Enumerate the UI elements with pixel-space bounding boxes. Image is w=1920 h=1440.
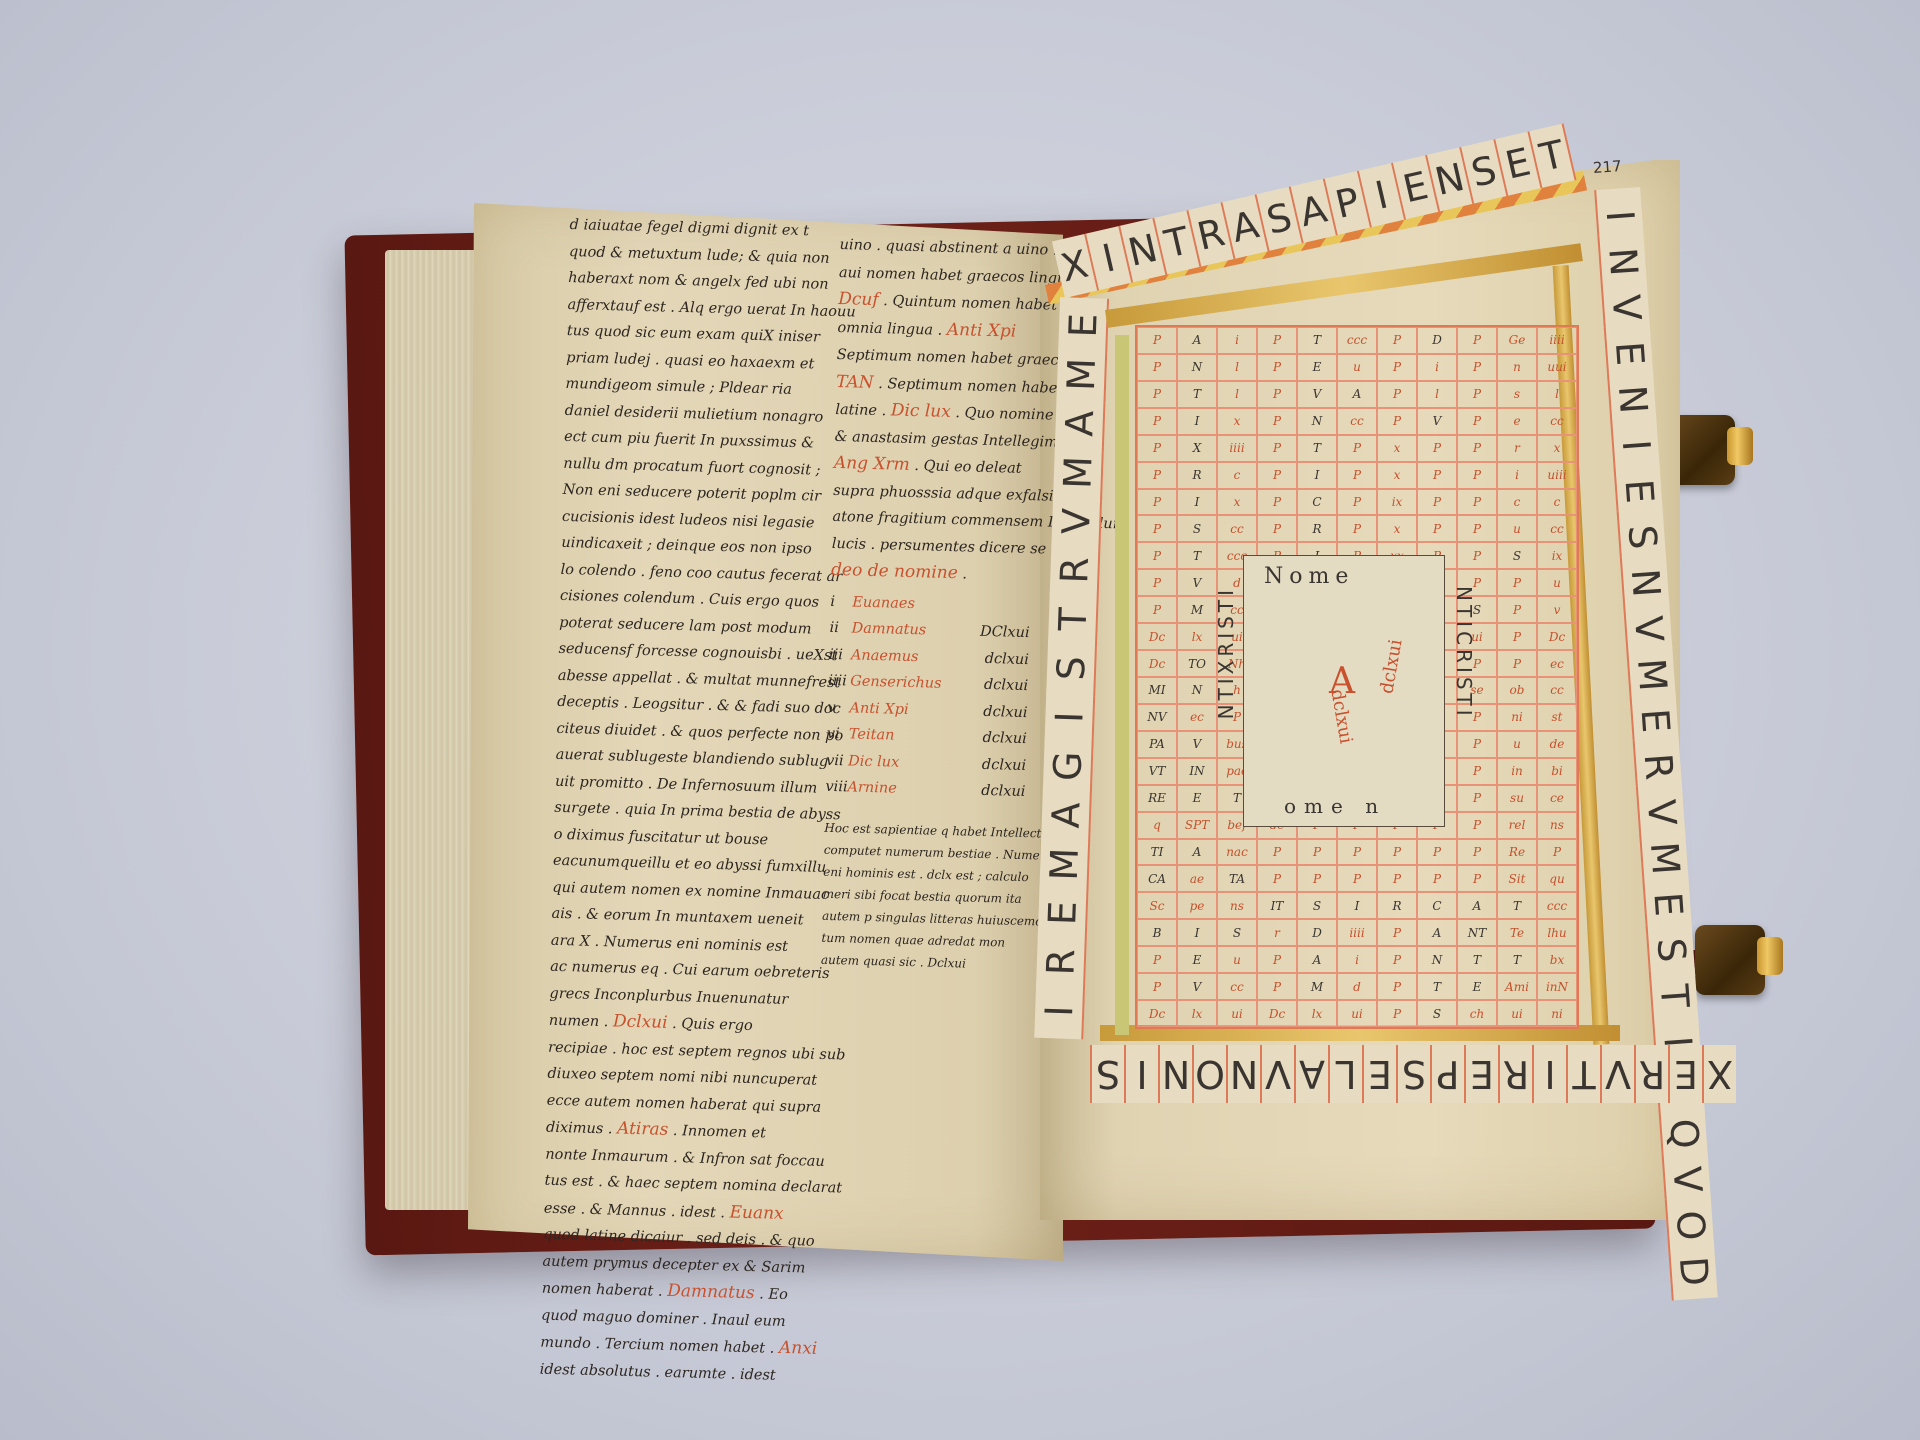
grid-cell: P: [1337, 489, 1377, 516]
grid-cell: q: [1137, 812, 1177, 839]
center-word-top: Nome: [1264, 564, 1354, 589]
border-letter: M: [1053, 444, 1104, 501]
grid-cell: i: [1337, 946, 1377, 973]
grid-cell: P: [1137, 354, 1177, 381]
border-letter: S: [1090, 1045, 1124, 1103]
grid-cell: Dc: [1137, 1000, 1177, 1027]
border-letter: R: [1036, 934, 1087, 991]
column-b-upper-text: uino . quasi abstinent a uino . quartuma…: [831, 232, 1040, 590]
grid-cell: V: [1417, 408, 1457, 435]
border-letter: A: [1294, 1045, 1328, 1103]
grid-cell: I: [1177, 489, 1217, 516]
grid-cell: RE: [1137, 785, 1177, 812]
grid-cell: P: [1457, 542, 1497, 569]
grid-cell: i: [1497, 462, 1537, 489]
grid-cell: cc: [1537, 677, 1577, 704]
list-numeral: vi: [827, 721, 850, 748]
grid-cell: T: [1297, 327, 1337, 354]
grid-cell: cc: [1217, 973, 1257, 1000]
list-numeral: v: [827, 694, 850, 721]
grid-cell: x: [1537, 435, 1577, 462]
border-letter: T: [1048, 591, 1099, 648]
border-letter: I: [1034, 983, 1085, 1040]
grid-cell: E: [1177, 785, 1217, 812]
grid-cell: P: [1137, 462, 1177, 489]
grid-cell: ni: [1497, 704, 1537, 731]
grid-cell: l: [1417, 381, 1457, 408]
grid-cell: u: [1217, 946, 1257, 973]
rubric-word: Dic lux: [891, 400, 951, 422]
grid-cell: S: [1217, 919, 1257, 946]
grid-cell: ccc: [1537, 892, 1577, 919]
grid-cell: P: [1137, 946, 1177, 973]
grid-cell: lx: [1177, 1000, 1217, 1027]
grid-cell: A: [1417, 919, 1457, 946]
grid-cell: P: [1457, 354, 1497, 381]
grid-cell: ec: [1537, 650, 1577, 677]
grid-cell: P: [1417, 865, 1457, 892]
left-page-column-a: d iaiuatae fegel digmi dignit ex tquod &…: [539, 212, 820, 1389]
list-value: dclxui: [982, 751, 1027, 779]
grid-cell: cc: [1537, 515, 1577, 542]
rubric-word: Dclxui: [613, 1011, 668, 1032]
grid-cell: Re: [1497, 839, 1537, 866]
list-numeral: ii: [829, 615, 852, 642]
list-numeral: vii: [826, 747, 849, 774]
grid-cell: P: [1137, 327, 1177, 354]
grid-cell: su: [1497, 785, 1537, 812]
grid-cell: u: [1337, 354, 1377, 381]
center-number-right: dclxui: [1376, 638, 1406, 696]
grid-cell: cc: [1337, 408, 1377, 435]
grid-cell: ns: [1537, 812, 1577, 839]
grid-cell: iiii: [1337, 919, 1377, 946]
grid-cell: E: [1297, 354, 1337, 381]
border-letter: V: [1260, 1045, 1294, 1103]
grid-cell: lx: [1177, 623, 1217, 650]
grid-cell: ccc: [1337, 327, 1377, 354]
grid-cell: Sc: [1137, 892, 1177, 919]
border-letter: D: [1668, 1242, 1718, 1300]
grid-cell: P: [1257, 354, 1297, 381]
grid-cell: NT: [1457, 919, 1497, 946]
grid-cell: P: [1457, 435, 1497, 462]
list-numeral: viii: [825, 774, 848, 801]
list-value: dclxui: [982, 725, 1027, 753]
grid-cell: P: [1137, 973, 1177, 1000]
grid-cell: P: [1457, 839, 1497, 866]
grid-cell: P: [1137, 408, 1177, 435]
grid-cell: i: [1217, 327, 1257, 354]
border-letter: P: [1430, 1045, 1464, 1103]
grid-cell: P: [1377, 973, 1417, 1000]
grid-cell: P: [1457, 515, 1497, 542]
grid-cell: MI: [1137, 677, 1177, 704]
grid-cell: V: [1177, 569, 1217, 596]
border-letter: N: [1158, 1045, 1192, 1103]
grid-cell: iiii: [1537, 327, 1577, 354]
grid-cell: IN: [1177, 758, 1217, 785]
grid-cell: P: [1137, 569, 1177, 596]
border-letter: X: [1702, 1045, 1736, 1103]
grid-cell: rel: [1497, 812, 1537, 839]
grid-cell: ch: [1457, 1000, 1497, 1027]
grid-cell: uiii: [1537, 462, 1577, 489]
grid-cell: P: [1417, 462, 1457, 489]
grid-cell: T: [1497, 946, 1537, 973]
grid-cell: P: [1377, 946, 1417, 973]
border-letter: E: [1668, 1045, 1702, 1103]
grid-cell: T: [1417, 973, 1457, 1000]
grid-cell: x: [1377, 435, 1417, 462]
grid-cell: TO: [1177, 650, 1217, 677]
grid-cell: c: [1497, 489, 1537, 516]
grid-cell: P: [1257, 515, 1297, 542]
list-value: dclxui: [981, 778, 1026, 806]
grid-cell: P: [1377, 408, 1417, 435]
border-letter: M: [1056, 346, 1107, 403]
list-name: Teitan: [848, 721, 982, 751]
grid-cell: ui: [1337, 1000, 1377, 1027]
grid-cell: P: [1257, 973, 1297, 1000]
grid-cell: i: [1417, 354, 1457, 381]
grid-cell: P: [1537, 839, 1577, 866]
grid-cell: iiii: [1217, 435, 1257, 462]
grid-cell: A: [1457, 892, 1497, 919]
grid-cell: E: [1177, 946, 1217, 973]
grid-cell: T: [1297, 435, 1337, 462]
grid-cell: P: [1497, 650, 1537, 677]
border-letter: E: [1038, 885, 1089, 942]
grid-cell: M: [1177, 596, 1217, 623]
border-letter: E: [1464, 1045, 1498, 1103]
border-letter: N: [1226, 1045, 1260, 1103]
grid-cell: V: [1297, 381, 1337, 408]
grid-cell: I: [1177, 919, 1217, 946]
grid-cell: P: [1297, 865, 1337, 892]
grid-cell: c: [1537, 489, 1577, 516]
grid-cell: bx: [1537, 946, 1577, 973]
grid-cell: P: [1417, 435, 1457, 462]
grid-cell: P: [1257, 327, 1297, 354]
center-panel: Nome A dclxui dclxui ome n NTIXRISTI NTI…: [1243, 555, 1445, 827]
border-letter: L: [1328, 1045, 1362, 1103]
border-letter: V: [1051, 493, 1102, 550]
grid-cell: P: [1337, 515, 1377, 542]
antichrist-name-list: iEuanaesiiDamnatusDClxuiiiiAnaemusdclxui…: [825, 588, 1030, 805]
grid-cell: P: [1257, 435, 1297, 462]
grid-cell: P: [1377, 327, 1417, 354]
grid-cell: C: [1297, 489, 1337, 516]
folio-number: 217: [1592, 157, 1622, 177]
grid-cell: TA: [1217, 865, 1257, 892]
grid-cell: P: [1137, 489, 1177, 516]
grid-cell: l: [1537, 381, 1577, 408]
grid-cell: VT: [1137, 758, 1177, 785]
border-letter: M: [1039, 836, 1090, 893]
grid-cell: Te: [1497, 919, 1537, 946]
border-letter: R: [1634, 1045, 1668, 1103]
grid-cell: Dc: [1537, 623, 1577, 650]
grid-cell: S: [1417, 1000, 1457, 1027]
grid-cell: P: [1137, 435, 1177, 462]
border-letter: R: [1050, 542, 1101, 599]
grid-cell: S: [1297, 892, 1337, 919]
grid-cell: P: [1257, 946, 1297, 973]
rubric-word: Ang Xrm: [834, 453, 910, 475]
grid-cell: d: [1337, 973, 1377, 1000]
grid-cell: T: [1177, 381, 1217, 408]
grid-cell: Ge: [1497, 327, 1537, 354]
grid-cell: P: [1337, 839, 1377, 866]
grid-cell: R: [1297, 515, 1337, 542]
grid-cell: NV: [1137, 704, 1177, 731]
grid-cell: P: [1497, 569, 1537, 596]
border-letter: S: [1046, 640, 1097, 697]
grid-cell: P: [1257, 489, 1297, 516]
grid-cell: P: [1337, 435, 1377, 462]
grid-cell: SPT: [1177, 812, 1217, 839]
grid-cell: P: [1497, 623, 1537, 650]
rubric-word: Anti Xpi: [947, 319, 1017, 341]
grid-cell: P: [1457, 785, 1497, 812]
grid-cell: R: [1377, 892, 1417, 919]
grid-cell: N: [1417, 946, 1457, 973]
list-name: Damnatus: [851, 615, 980, 645]
grid-cell: qu: [1537, 865, 1577, 892]
grid-cell: M: [1297, 973, 1337, 1000]
border-letter: S: [1396, 1045, 1430, 1103]
grid-cell: Ami: [1497, 973, 1537, 1000]
labyrinth-diagram: XINTRASAPIENSET INVENIESNVMERVMESTIEQVOD…: [1045, 175, 1655, 1095]
grid-cell: P: [1457, 327, 1497, 354]
grid-cell: P: [1417, 839, 1457, 866]
border-letter: A: [1055, 395, 1106, 452]
grid-cell: v: [1537, 596, 1577, 623]
grid-cell: P: [1377, 354, 1417, 381]
brass-clasp-lower-icon: [1695, 925, 1765, 995]
grid-cell: TI: [1137, 839, 1177, 866]
grid-cell: nac: [1217, 839, 1257, 866]
page-edges-stack: [385, 250, 475, 1210]
list-numeral: iii: [829, 641, 852, 668]
list-numeral: iiii: [828, 668, 851, 695]
grid-cell: ae: [1177, 865, 1217, 892]
grid-cell: bi: [1537, 758, 1577, 785]
grid-cell: D: [1417, 327, 1457, 354]
grid-cell: ni: [1537, 1000, 1577, 1027]
grid-cell: R: [1177, 462, 1217, 489]
grid-cell: cc: [1217, 515, 1257, 542]
grid-cell: X: [1177, 435, 1217, 462]
grid-cell: x: [1217, 489, 1257, 516]
list-value: dclxui: [984, 645, 1029, 673]
grid-cell: P: [1137, 596, 1177, 623]
grid-cell: cc: [1537, 408, 1577, 435]
grid-cell: P: [1417, 489, 1457, 516]
grid-cell: u: [1497, 515, 1537, 542]
grid-cell: S: [1177, 515, 1217, 542]
list-value: dclxui: [983, 698, 1028, 726]
grid-cell: ec: [1177, 704, 1217, 731]
grid-cell: ix: [1377, 489, 1417, 516]
grid-cell: x: [1377, 462, 1417, 489]
grid-cell: D: [1297, 919, 1337, 946]
grid-cell: A: [1177, 839, 1217, 866]
list-name: Dic lux: [848, 748, 982, 778]
name-list-row: viiiArninedclxui: [825, 774, 1026, 806]
border-letter: I: [1045, 689, 1096, 746]
border-letter: I: [1124, 1045, 1158, 1103]
grid-cell: ui: [1497, 1000, 1537, 1027]
border-letter: A: [1041, 787, 1092, 844]
grid-cell: ui: [1217, 1000, 1257, 1027]
grid-cell: I: [1297, 462, 1337, 489]
column-b-lower-text: Hoc est sapientiae q habet Intellectumco…: [821, 816, 1025, 975]
grid-cell: ob: [1497, 677, 1537, 704]
list-name: Anaemus: [851, 642, 985, 672]
border-inscription-bottom: SINONVALESPERITVREX: [1090, 1045, 1736, 1103]
list-numeral: i: [830, 588, 853, 615]
grid-cell: T: [1177, 542, 1217, 569]
list-value: dclxui: [984, 672, 1029, 700]
list-name: Arnine: [847, 774, 981, 804]
grid-cell: N: [1177, 677, 1217, 704]
grid-cell: A: [1337, 381, 1377, 408]
grid-cell: P: [1257, 865, 1297, 892]
grid-cell: P: [1257, 408, 1297, 435]
grid-cell: n: [1497, 354, 1537, 381]
grid-cell: r: [1257, 919, 1297, 946]
border-letter: V: [1600, 1045, 1634, 1103]
grid-cell: s: [1497, 381, 1537, 408]
grid-cell: de: [1537, 731, 1577, 758]
grid-cell: lx: [1297, 1000, 1337, 1027]
grid-cell: P: [1137, 381, 1177, 408]
border-letter: G: [1043, 738, 1094, 795]
grid-cell: lhu: [1537, 919, 1577, 946]
grid-cell: P: [1457, 462, 1497, 489]
left-page-column-b: uino . quasi abstinent a uino . quartuma…: [821, 232, 1040, 975]
grid-cell: u: [1537, 569, 1577, 596]
grid-cell: Dc: [1137, 650, 1177, 677]
rubric-word: Anxi: [779, 1338, 818, 1359]
grid-cell: e: [1497, 408, 1537, 435]
grid-cell: P: [1137, 515, 1177, 542]
grid-cell: ix: [1537, 542, 1577, 569]
grid-cell: x: [1217, 408, 1257, 435]
grid-cell: Dc: [1257, 1000, 1297, 1027]
grid-cell: V: [1177, 731, 1217, 758]
border-letter: O: [1192, 1045, 1226, 1103]
grid-cell: P: [1457, 489, 1497, 516]
rubric-word: deo de nomine: [831, 560, 958, 583]
grid-cell: I: [1177, 408, 1217, 435]
grid-cell: P: [1377, 839, 1417, 866]
green-band-left: [1115, 335, 1129, 1035]
list-value: DClxui: [980, 619, 1030, 647]
grid-cell: Sit: [1497, 865, 1537, 892]
rubric-word: TAN: [836, 371, 874, 392]
center-vertical-right: NTICRISTI: [1452, 586, 1476, 720]
grid-cell: P: [1377, 865, 1417, 892]
list-name: Genserichus: [850, 668, 984, 698]
grid-cell: ns: [1217, 892, 1257, 919]
grid-cell: E: [1457, 973, 1497, 1000]
grid-cell: A: [1177, 327, 1217, 354]
grid-cell: I: [1337, 892, 1377, 919]
grid-cell: P: [1257, 381, 1297, 408]
grid-cell: P: [1297, 839, 1337, 866]
grid-cell: P: [1497, 596, 1537, 623]
grid-cell: CA: [1137, 865, 1177, 892]
grid-cell: IT: [1257, 892, 1297, 919]
grid-cell: P: [1337, 462, 1377, 489]
border-letter: I: [1532, 1045, 1566, 1103]
grid-cell: c: [1217, 462, 1257, 489]
list-name: Anti Xpi: [849, 695, 983, 725]
border-letter: E: [1058, 297, 1109, 354]
grid-cell: T: [1497, 892, 1537, 919]
grid-cell: P: [1257, 462, 1297, 489]
rubric-word: Atiras: [617, 1119, 669, 1140]
grid-cell: P: [1457, 381, 1497, 408]
grid-cell: x: [1377, 515, 1417, 542]
grid-cell: P: [1377, 381, 1417, 408]
grid-cell: u: [1497, 731, 1537, 758]
border-letter: E: [1362, 1045, 1396, 1103]
grid-cell: P: [1377, 1000, 1417, 1027]
grid-cell: P: [1457, 758, 1497, 785]
grid-cell: V: [1177, 973, 1217, 1000]
center-word-bottom: ome n: [1284, 794, 1386, 818]
grid-cell: P: [1457, 731, 1497, 758]
photo-scene: d iaiuatae fegel digmi dignit ex tquod &…: [0, 0, 1920, 1440]
grid-cell: P: [1417, 515, 1457, 542]
grid-cell: P: [1457, 865, 1497, 892]
rubric-word: Euanx: [729, 1202, 784, 1223]
grid-cell: ce: [1537, 785, 1577, 812]
center-vertical-left: NTIXRISTI: [1214, 586, 1238, 719]
grid-cell: P: [1257, 839, 1297, 866]
grid-cell: in: [1497, 758, 1537, 785]
grid-cell: A: [1297, 946, 1337, 973]
grid-cell: N: [1177, 354, 1217, 381]
grid-cell: N: [1297, 408, 1337, 435]
grid-cell: P: [1137, 542, 1177, 569]
grid-cell: T: [1457, 946, 1497, 973]
grid-cell: Dc: [1137, 623, 1177, 650]
border-letter: R: [1498, 1045, 1532, 1103]
rubric-word: Damnatus: [667, 1281, 755, 1303]
grid-cell: uui: [1537, 354, 1577, 381]
manuscript-line: deo de nomine .: [831, 557, 1032, 590]
grid-cell: C: [1417, 892, 1457, 919]
grid-cell: pe: [1177, 892, 1217, 919]
grid-cell: P: [1457, 812, 1497, 839]
grid-cell: r: [1497, 435, 1537, 462]
grid-cell: st: [1537, 704, 1577, 731]
grid-cell: B: [1137, 919, 1177, 946]
grid-cell: l: [1217, 354, 1257, 381]
grid-cell: P: [1377, 919, 1417, 946]
grid-cell: PA: [1137, 731, 1177, 758]
grid-cell: l: [1217, 381, 1257, 408]
border-letter: T: [1566, 1045, 1600, 1103]
grid-cell: P: [1337, 865, 1377, 892]
grid-cell: S: [1497, 542, 1537, 569]
grid-cell: P: [1457, 408, 1497, 435]
